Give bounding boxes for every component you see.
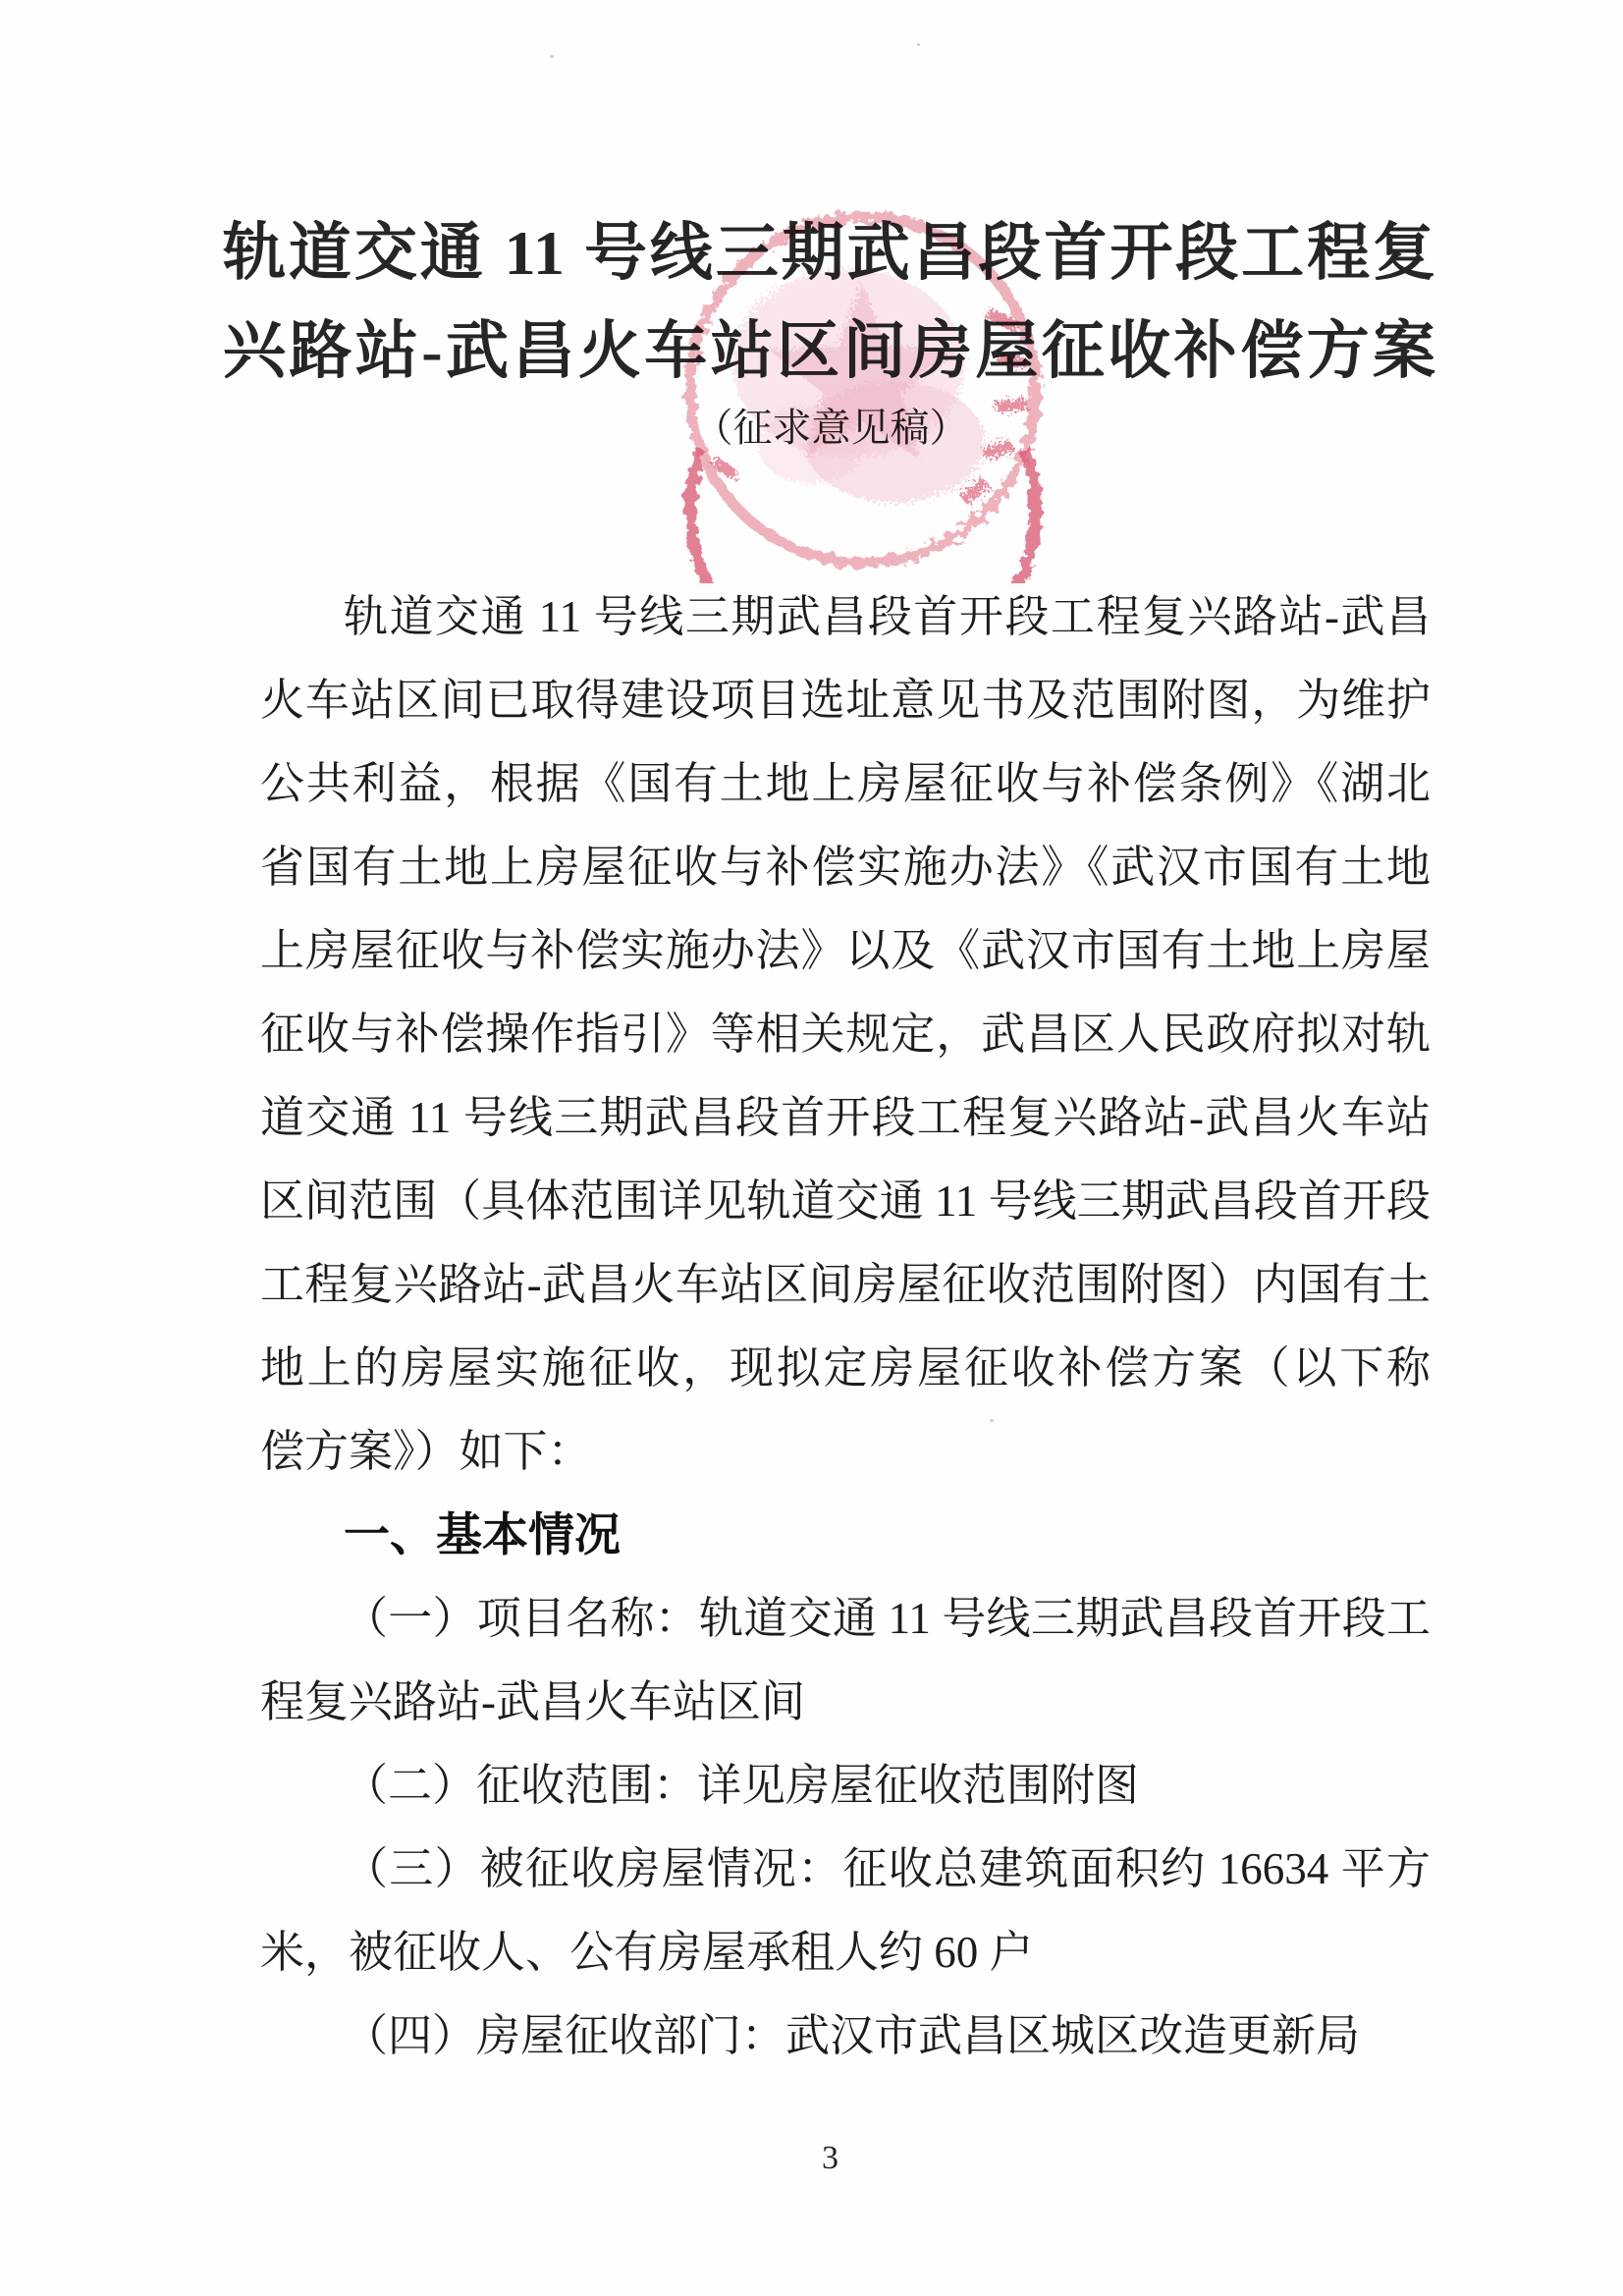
scan-speck (917, 43, 920, 46)
draft-note: （征求意见稿） (0, 399, 1623, 458)
item-1-line-2: 程复兴路站-武昌火车站区间 (260, 1661, 1431, 1744)
paragraph-line: 偿方案》）如下： (260, 1410, 1431, 1494)
item-1-line-1: （一）项目名称：轨道交通 11 号线三期武昌段首开段工 (260, 1577, 1431, 1661)
scan-speck (990, 1419, 994, 1422)
item-3-line-2: 米，被征收人、公有房屋承租人约 60 户 (260, 1911, 1431, 1995)
paragraph-line: 道交通 11 号线三期武昌段首开段工程复兴路站-武昌火车站 (260, 1076, 1431, 1160)
paragraph-line: 工程复兴路站-武昌火车站区间房屋征收范围附图）内国有土 (260, 1243, 1431, 1327)
item-3-line-1: （三）被征收房屋情况：征收总建筑面积约 16634 平方 (260, 1828, 1431, 1911)
page-number: 3 (0, 2139, 1623, 2178)
section-heading: 一、基本情况 (260, 1494, 1431, 1577)
scan-speck (550, 55, 554, 58)
title-line-2: 兴路站-武昌火车站区间房屋征收补偿方案 (223, 302, 1436, 401)
title-line-1: 轨道交通 11 号线三期武昌段首开段工程复 (223, 204, 1436, 302)
document-page: 轨道交通 11 号线三期武昌段首开段工程复 兴路站-武昌火车站区间房屋征收补偿方… (0, 0, 1623, 2296)
document-body: 轨道交通 11 号线三期武昌段首开段工程复兴路站-武昌 火车站区间已取得建设项目… (260, 575, 1431, 2078)
item-4-line: （四）房屋征收部门：武汉市武昌区城区改造更新局 (260, 1995, 1431, 2078)
paragraph-line: 公共利益，根据《国有土地上房屋征收与补偿条例》《湖北 (260, 742, 1431, 826)
paragraph-line: 区间范围（具体范围详见轨道交通 11 号线三期武昌段首开段 (260, 1160, 1431, 1243)
paragraph-line: 火车站区间已取得建设项目选址意见书及范围附图，为维护 (260, 659, 1431, 742)
paragraph-line: 上房屋征收与补偿实施办法》以及《武汉市国有土地上房屋 (260, 909, 1431, 993)
paragraph-line: 轨道交通 11 号线三期武昌段首开段工程复兴路站-武昌 (260, 575, 1431, 659)
item-2-line: （二）征收范围：详见房屋征收范围附图 (260, 1744, 1431, 1828)
document-title: 轨道交通 11 号线三期武昌段首开段工程复 兴路站-武昌火车站区间房屋征收补偿方… (223, 204, 1436, 401)
paragraph-line: 地上的房屋实施征收，现拟定房屋征收补偿方案（以下称《补 (260, 1327, 1431, 1410)
paragraph-line: 省国有土地上房屋征收与补偿实施办法》《武汉市国有土地 (260, 826, 1431, 909)
paragraph-line: 征收与补偿操作指引》等相关规定，武昌区人民政府拟对轨 (260, 993, 1431, 1076)
seal-ring-bottom-arc (690, 449, 1036, 583)
